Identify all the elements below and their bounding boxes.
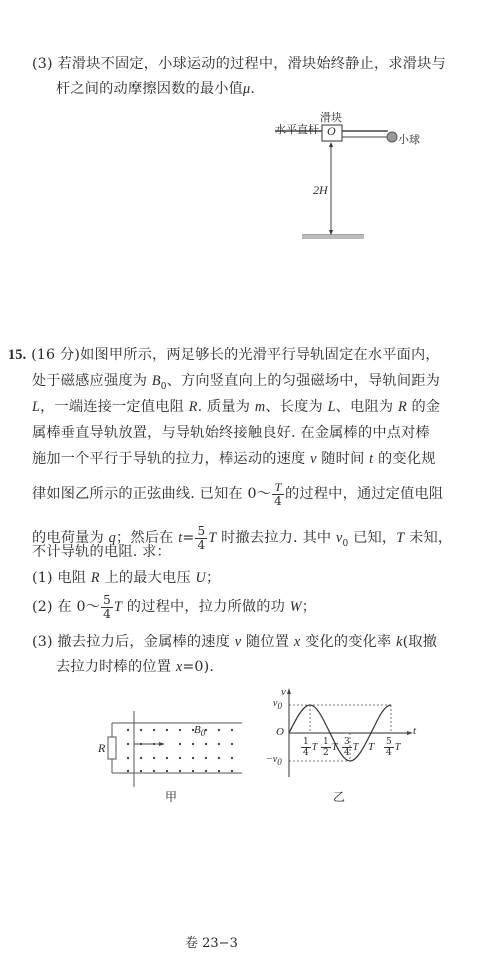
q15-part1: (1) 电阻 R 上的最大电压 U；	[32, 569, 220, 587]
q15-line8: 不计导轨的电阻. 求：	[32, 543, 171, 561]
question-score: (16 分)	[31, 347, 80, 363]
figure-jia-caption: 甲	[165, 788, 177, 805]
q15-part3-line2: 去拉力时棒的位置 x=0).	[56, 658, 214, 676]
tick-half-T: 12T	[320, 737, 337, 758]
question-number: 15.	[8, 347, 26, 363]
rod-label: 水平直杆	[275, 121, 319, 137]
origin-label: O	[276, 726, 284, 738]
figure-yi-velocity-graph	[260, 685, 420, 785]
tick-three-quarter-T: 34T	[341, 737, 358, 758]
figure-yi-caption: 乙	[333, 788, 345, 805]
fraction-5-over-4: 54	[101, 594, 113, 621]
field-label: B0	[194, 724, 205, 738]
q15-line2: 处于磁感应强度为 B0、方向竖直向上的匀强磁场中，导轨间距为	[32, 372, 440, 396]
v0-tick-label: v0	[273, 698, 282, 711]
neg-v0-tick-label: −v0	[266, 754, 282, 767]
q15-line6: 律如图乙所示的正弦曲线. 已知在 0～T4的过程中，通过定值电阻	[32, 477, 443, 511]
ball-label: 小球	[398, 131, 420, 147]
tick-quarter-T: 14T	[300, 737, 317, 758]
q15-line4: 属棒垂直导轨放置，与导轨始终接触良好. 在金属棒的中点对棒	[32, 424, 430, 442]
height-label: 2H	[313, 183, 328, 198]
y-axis-label: v	[281, 686, 286, 698]
q15-line1: 15. (16 分)如图甲所示，两足够长的光滑平行导轨固定在水平面内，	[8, 346, 440, 364]
q14-part3-line2: 杆之间的动摩擦因数的最小值μ.	[56, 80, 255, 98]
q14-part3-line1: (3) 若滑块不固定，小球运动的过程中，滑块始终静止，求滑块与	[32, 55, 446, 73]
q14-part3-label: (3)	[32, 56, 53, 72]
pivot-label: O	[327, 124, 336, 139]
figure-jia-rails-diagram	[100, 705, 250, 795]
tick-five-quarter-T: 54T	[383, 737, 400, 758]
q15-line5: 施加一个平行于导轨的拉力，棒运动的速度 v 随时间 t 的变化规	[32, 450, 436, 468]
q15-line3: L，一端连接一定值电阻 R. 质量为 m、长度为 L、电阻为 R 的金	[32, 398, 440, 416]
page-footer: 卷 23−3	[185, 932, 238, 951]
q15-part3-line1: (3) 撤去拉力后，金属棒的速度 v 随位置 x 变化的变化率 k(取撤	[32, 633, 437, 651]
fraction-T-over-4: T4	[272, 481, 284, 508]
resistor-label: R	[98, 741, 105, 756]
fraction-5-over-4: 54	[195, 525, 207, 552]
slider-label: 滑块	[320, 109, 342, 125]
tick-T: T	[368, 741, 374, 753]
q15-part2: (2) 在 0～54T 的过程中，拉力所做的功 W；	[32, 590, 316, 624]
x-axis-label: t	[413, 725, 416, 737]
